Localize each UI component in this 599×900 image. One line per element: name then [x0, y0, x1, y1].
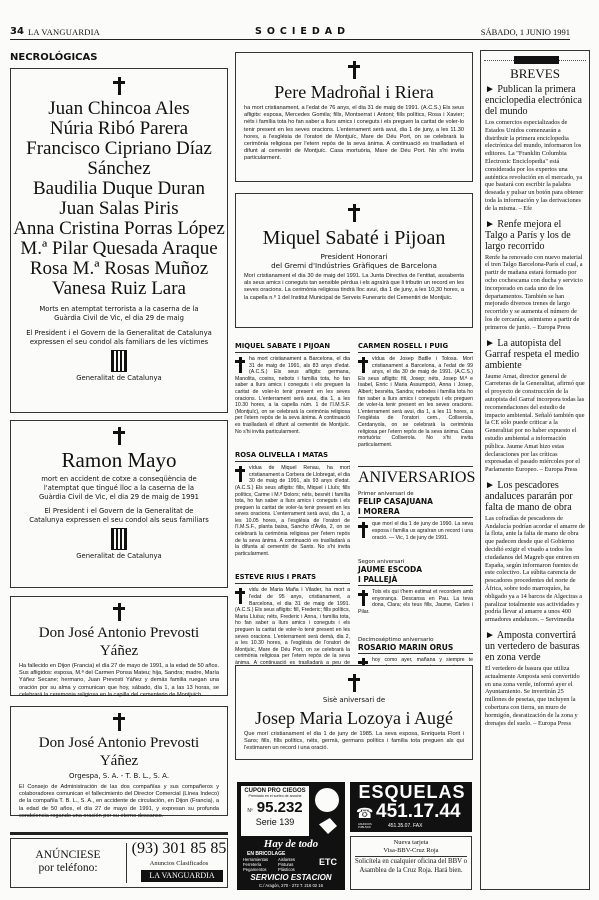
obituary-item: ROSA OLIVELLA I MATAS vídua de Miquel Re… [235, 451, 350, 557]
victim-name: Juan Chincoa Ales [11, 99, 227, 119]
anniversary-name: FELIP CASAJUANA [358, 497, 473, 507]
breve-item: ► Publican la primera enciclopedia elect… [485, 84, 585, 213]
deceased-name: Josep Maria Lozoya i Augé [244, 707, 464, 729]
bricolage-item: Pegamentos [243, 867, 278, 872]
newspaper-name: LA VANGUARDIA [28, 27, 100, 37]
esquelas-small-label: ANUNCIOS PUBLIVAN [358, 823, 384, 829]
cross-icon [113, 427, 125, 445]
breve-body: Renfe ha renovado con nuevo material el … [485, 254, 585, 332]
store-address: C./ Aragón, 270 - 272 T. 216 02 16 [241, 883, 341, 888]
cross-icon [358, 357, 368, 373]
hand-logo-icon [319, 818, 337, 834]
company-subtitle: Orgespa, S. A. - T. B. L., S. A. [19, 772, 219, 781]
cupon-number-label: Nº [247, 808, 252, 814]
breve-body: Las cofradías de pescadores de Andalucía… [485, 515, 585, 624]
victim-name: Baudilia Duque Duran [11, 179, 227, 199]
obituary-text: ha mort cristianament a Barcelona, el di… [235, 356, 350, 435]
obituary-heading: ESTEVE RIUS I PRATS [235, 573, 350, 584]
visa-line-2: Visa-BBV-Cruz Roja [355, 847, 467, 857]
page-header: 34 LA VANGUARDIA SOCIEDAD SÁBADO, 1 JUNI… [10, 20, 570, 40]
deceased-name: Miquel Sabaté i Pijoan [244, 226, 464, 250]
bricolage-item: Plásticos [278, 867, 313, 872]
section-title: SOCIEDAD [255, 26, 350, 37]
deceased-name: Don José Antonio Prevosti Yáñez [19, 624, 219, 660]
breve-item: ► Renfe mejora el Talgo a París y los de… [485, 219, 585, 332]
cross-icon [235, 357, 245, 373]
page-number: 34 [10, 26, 24, 37]
miquel-sabate-notice: Miquel Sabaté i Pijoan President Honorar… [235, 193, 473, 328]
breves-heading: BREVES [485, 66, 585, 82]
victim-name: Juan Salas Piris [11, 199, 227, 219]
breve-item: ► La autopista del Garraf respeta el med… [485, 338, 585, 474]
generalitat-logo-icon [111, 528, 127, 550]
obituary-heading: MIQUEL SABATE I PIJOAN [235, 342, 350, 353]
obituary-heading: CARMEN ROSELL I PUIG [358, 342, 473, 353]
obituary-column-right: CARMEN ROSELL I PUIG vídua de Josep Batl… [358, 342, 473, 677]
esquelas-phone: 451.17.44 [376, 801, 461, 823]
once-logo-icon [315, 788, 339, 812]
signature: Generalitat de Catalunya [11, 552, 227, 561]
breves-column: BREVES ► Publican la primera enciclopedi… [480, 50, 590, 890]
anniversary-label: Sisè aniversari de [244, 696, 464, 705]
victim-name: Vanesa Ruiz Lara [11, 279, 227, 299]
breve-headline: ► Renfe mejora el Talgo a París y los de… [485, 219, 585, 252]
visa-line-3: Solicítela en cualquier oficina del BBV … [355, 858, 467, 875]
breve-body: Los comercios especializados de Estados … [485, 119, 585, 213]
prevosti-company-notice: Don José Antonio Prevosti Yáñez Orgespa,… [10, 706, 228, 816]
bricolage-title: Hay de todo [241, 838, 341, 850]
ad-text-line-1: ANÚNCIESE [23, 849, 113, 862]
cross-icon [348, 61, 360, 79]
cross-icon [113, 603, 125, 621]
breve-body: Jaume Amat, director general de Carreter… [485, 373, 585, 474]
notice-text: ha mort cristianament, a l'edat de 76 an… [244, 105, 464, 163]
condolence-text: El President i el Govern de la Generalit… [25, 329, 213, 347]
anniversary-text: Tots els qui t'hem estimat et recordem a… [358, 589, 473, 615]
page-date: SÁBADO, 1 JUNIO 1991 [481, 27, 570, 37]
cross-icon [113, 77, 125, 95]
visa-cruz-roja-ad: Nueva tarjeta Visa-BBV-Cruz Roja Solicít… [350, 836, 472, 890]
breve-body: El vertedero de basura que utiliza actua… [485, 665, 585, 727]
anniversary-name-2: I PALLEJÀ [358, 575, 473, 586]
caption: mort en accident de cotxe a conseqüència… [39, 475, 199, 502]
cross-icon [113, 713, 125, 731]
cupon-number: 95.232 [257, 799, 303, 816]
breves-bar [514, 56, 559, 64]
cross-icon [235, 466, 245, 482]
anniversary-name-2: I MORERA [358, 507, 473, 518]
breve-headline: ► Amposta convertirá un vertedero de bas… [485, 630, 585, 663]
title-line-1: President Honorari [244, 252, 464, 261]
telephone-icon: ☎ [356, 806, 373, 823]
obituary-text: vídua de Miquel Renau, ha mort cristiana… [235, 465, 350, 557]
vic-victims-notice: Juan Chincoa Ales Núria Ribó Parera Fran… [10, 68, 228, 413]
divider [126, 843, 127, 883]
breve-headline: ► Publican la primera enciclopedia elect… [485, 84, 585, 117]
condolence-text: El President i el Govern de la Generalit… [29, 507, 209, 525]
cupon-serie: Serie 139 [241, 817, 309, 827]
ad-phone: (93) 301 85 85 [129, 840, 229, 858]
victim-name: Anna Cristina Porras López [11, 219, 227, 239]
bricolage-items: Herramientas Aislantes Ferretería Pintur… [243, 857, 313, 872]
deceased-name: Don José Antonio Prevosti Yáñez [19, 734, 219, 770]
divider [10, 832, 228, 835]
ramon-mayo-notice: Ramon Mayo mort en accident de cotxe a c… [10, 420, 228, 588]
anniversary-name: JAUME ESCODA [358, 565, 473, 575]
cross-icon [348, 204, 360, 222]
generalitat-logo-icon [111, 350, 127, 372]
breve-item: ► Amposta convertirá un vertedero de bas… [485, 630, 585, 727]
obituary-heading: ROSA OLIVELLA I MATAS [235, 451, 350, 462]
cupon-box: CUPON PRO CIEGOS Premiado en el sorteo d… [241, 786, 309, 836]
esquelas-title: ESQUELAS [354, 782, 470, 803]
notice-text: El Consejo de Administración de las dos … [19, 784, 219, 820]
obituary-item: MIQUEL SABATE I PIJOAN ha mort cristiana… [235, 342, 350, 435]
prevosti-family-notice: Don José Antonio Prevosti Yáñez Ha falle… [10, 596, 228, 696]
ad-subtitle: Anuncios Clasificados [129, 860, 229, 867]
classified-ad: ANÚNCIESE por teléfono: (93) 301 85 85 A… [10, 838, 228, 888]
victim-name: Francisco Cipriano Díaz Sánchez [11, 139, 227, 179]
anniversary-name: ROSARIO MARIN ORUS [358, 643, 473, 654]
anniversary-item: Segon aniversari JAUME ESCODA I PALLEJÀ … [358, 559, 473, 615]
ad-brand: LA VANGUARDIA [141, 870, 223, 882]
obituary-item: ESTEVE RIUS I PRATS vidu de Maria Maña i… [235, 573, 350, 673]
pere-madronal-notice: Pere Madroñal i Riera ha mort cristianam… [235, 52, 473, 182]
etc-logo: ETC [319, 857, 337, 867]
necrologicas-heading: NECROLÓGICAS [10, 52, 97, 63]
visa-line-1: Nueva tarjeta [355, 839, 467, 847]
obituary-column-left: MIQUEL SABATE I PIJOAN ha mort cristiana… [235, 342, 350, 673]
esquelas-ad: ESQUELAS ☎ 451.17.44 ANUNCIOS PUBLIVAN 4… [350, 782, 472, 832]
victim-name: Núria Ribó Parera [11, 119, 227, 139]
obituary-text: vidu de Maria Maña i Vilader, ha mort a … [235, 587, 350, 673]
ad-text-line-2: por teléfono: [23, 862, 113, 875]
anniversary-text: que morí el dia 1 de juny de 1990. La se… [358, 521, 473, 541]
title-line-2: del Gremi d'Indústries Gràfiques de Barc… [244, 261, 464, 270]
cross-icon [358, 522, 368, 538]
esquelas-fax: 451.35.07. FAX [388, 823, 422, 829]
anniversary-item: Primer aniversari de FELIP CASAJUANA I M… [358, 491, 473, 541]
obituary-text: vídua de Josep Batlle i Tolosa. Morí cri… [358, 356, 473, 448]
store-name: SERVICIO ESTACION [241, 873, 341, 882]
cupon-bricolage-ad: CUPON PRO CIEGOS Premiado en el sorteo d… [237, 782, 345, 890]
cross-icon [235, 588, 245, 604]
deceased-name: Ramon Mayo [11, 448, 227, 472]
deceased-name: Pere Madroñal i Riera [244, 81, 464, 103]
cross-icon [348, 674, 360, 692]
breve-item: ► Los pescadores andaluces pararán por f… [485, 480, 585, 624]
obituary-item: CARMEN ROSELL I PUIG vídua de Josep Batl… [358, 342, 473, 448]
cupon-subtitle: Premiado en el sorteo de anoche [241, 794, 309, 798]
notice-text: Que morí cristianament el dia 1 de juny … [244, 731, 464, 753]
signature: Generalitat de Catalunya [11, 374, 227, 383]
notice-text: Ha fallecido en Dijon (Francia) el día 2… [19, 663, 219, 699]
victim-name: Rosa M.ª Rosas Muñoz [11, 259, 227, 279]
lozoya-notice: Sisè aniversari de Josep Maria Lozoya i … [235, 665, 473, 760]
breve-headline: ► Los pescadores andaluces pararán por f… [485, 480, 585, 513]
aniversarios-heading: ANIVERSARIOS [358, 466, 473, 487]
victim-name: M.ª Pilar Quesada Araque [11, 239, 227, 259]
cross-icon [358, 590, 368, 606]
victims-caption: Morts en atemptat terrorista a la casern… [33, 305, 205, 323]
notice-text: Morí cristianament el dia 30 de maig del… [244, 273, 464, 302]
breve-headline: ► La autopista del Garraf respeta el med… [485, 338, 585, 371]
